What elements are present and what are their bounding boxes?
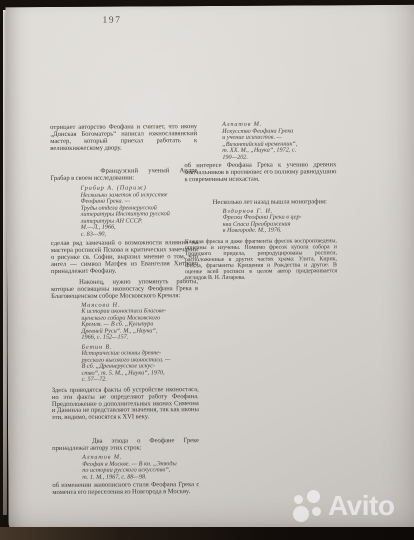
bibliography-entry-grabar: Грабар А. (Париж) Несколько заметок об и…: [81, 186, 198, 239]
paragraph-two-etudes-intro: Два этюда о Феофане Греке принадлежат ав…: [52, 438, 199, 453]
avito-logo-icon: [293, 490, 323, 522]
right-column: Алпатов М. Искусство Феофана Грека и уче…: [184, 121, 337, 281]
page-number: 197: [102, 16, 121, 26]
bibliography-entry-vzdornov: Вздорнов Г. И. Фрески Феофана Грека в це…: [223, 208, 337, 235]
paragraph-ikonostas-intro: Наконец, нужно упомянуть работы, которые…: [51, 279, 198, 301]
paragraph-ikonostas-facts: Здесь приводятся факты об устройстве ико…: [52, 387, 199, 422]
paragraph-isihasty-summary: об интересе Феофана Грека к учению древн…: [184, 162, 336, 184]
paragraph-grabar-intro: Французский ученый Андре Грабар в своем …: [50, 168, 197, 183]
avito-watermark-label: Avito: [328, 491, 394, 521]
bibliography-entry-alpatov-moskva: Алпатов М. Феофан в Москве. — В кн. „Этю…: [82, 454, 199, 481]
table-background-strip: [0, 527, 414, 540]
paragraph-donskaya-attribution: отрицает авторство Феофана и считает, чт…: [50, 124, 197, 153]
paragraph-grabar-summary: сделав ряд замечаний о возможности влиян…: [51, 241, 198, 276]
book-page-photo: 197 отрицает авторство Феофана и считает…: [0, 0, 414, 540]
bibliography-entry-betin: Бетин В. Исторические основы древне- рус…: [81, 344, 198, 384]
paragraph-freski-summary: Каждая фреска и даже фрагменты фресок во…: [185, 238, 337, 282]
bibliography-entry-alpatov-isihasty: Алпатов М. Искусство Феофана Грека и уче…: [222, 121, 336, 161]
avito-watermark: Avito: [293, 490, 394, 522]
paragraph-monograph-intro: Несколько лет назад вышла монография:: [185, 199, 337, 207]
paragraph-style-change: об изменении живописного стиля Феофана Г…: [52, 482, 199, 497]
bibliography-entry-mayasova: Маясова Н. К истории иконостаса Благове-…: [81, 302, 198, 342]
book-page: 197 отрицает авторство Феофана и считает…: [5, 5, 414, 530]
left-column: отрицает авторство Феофана и считает, чт…: [50, 124, 199, 497]
